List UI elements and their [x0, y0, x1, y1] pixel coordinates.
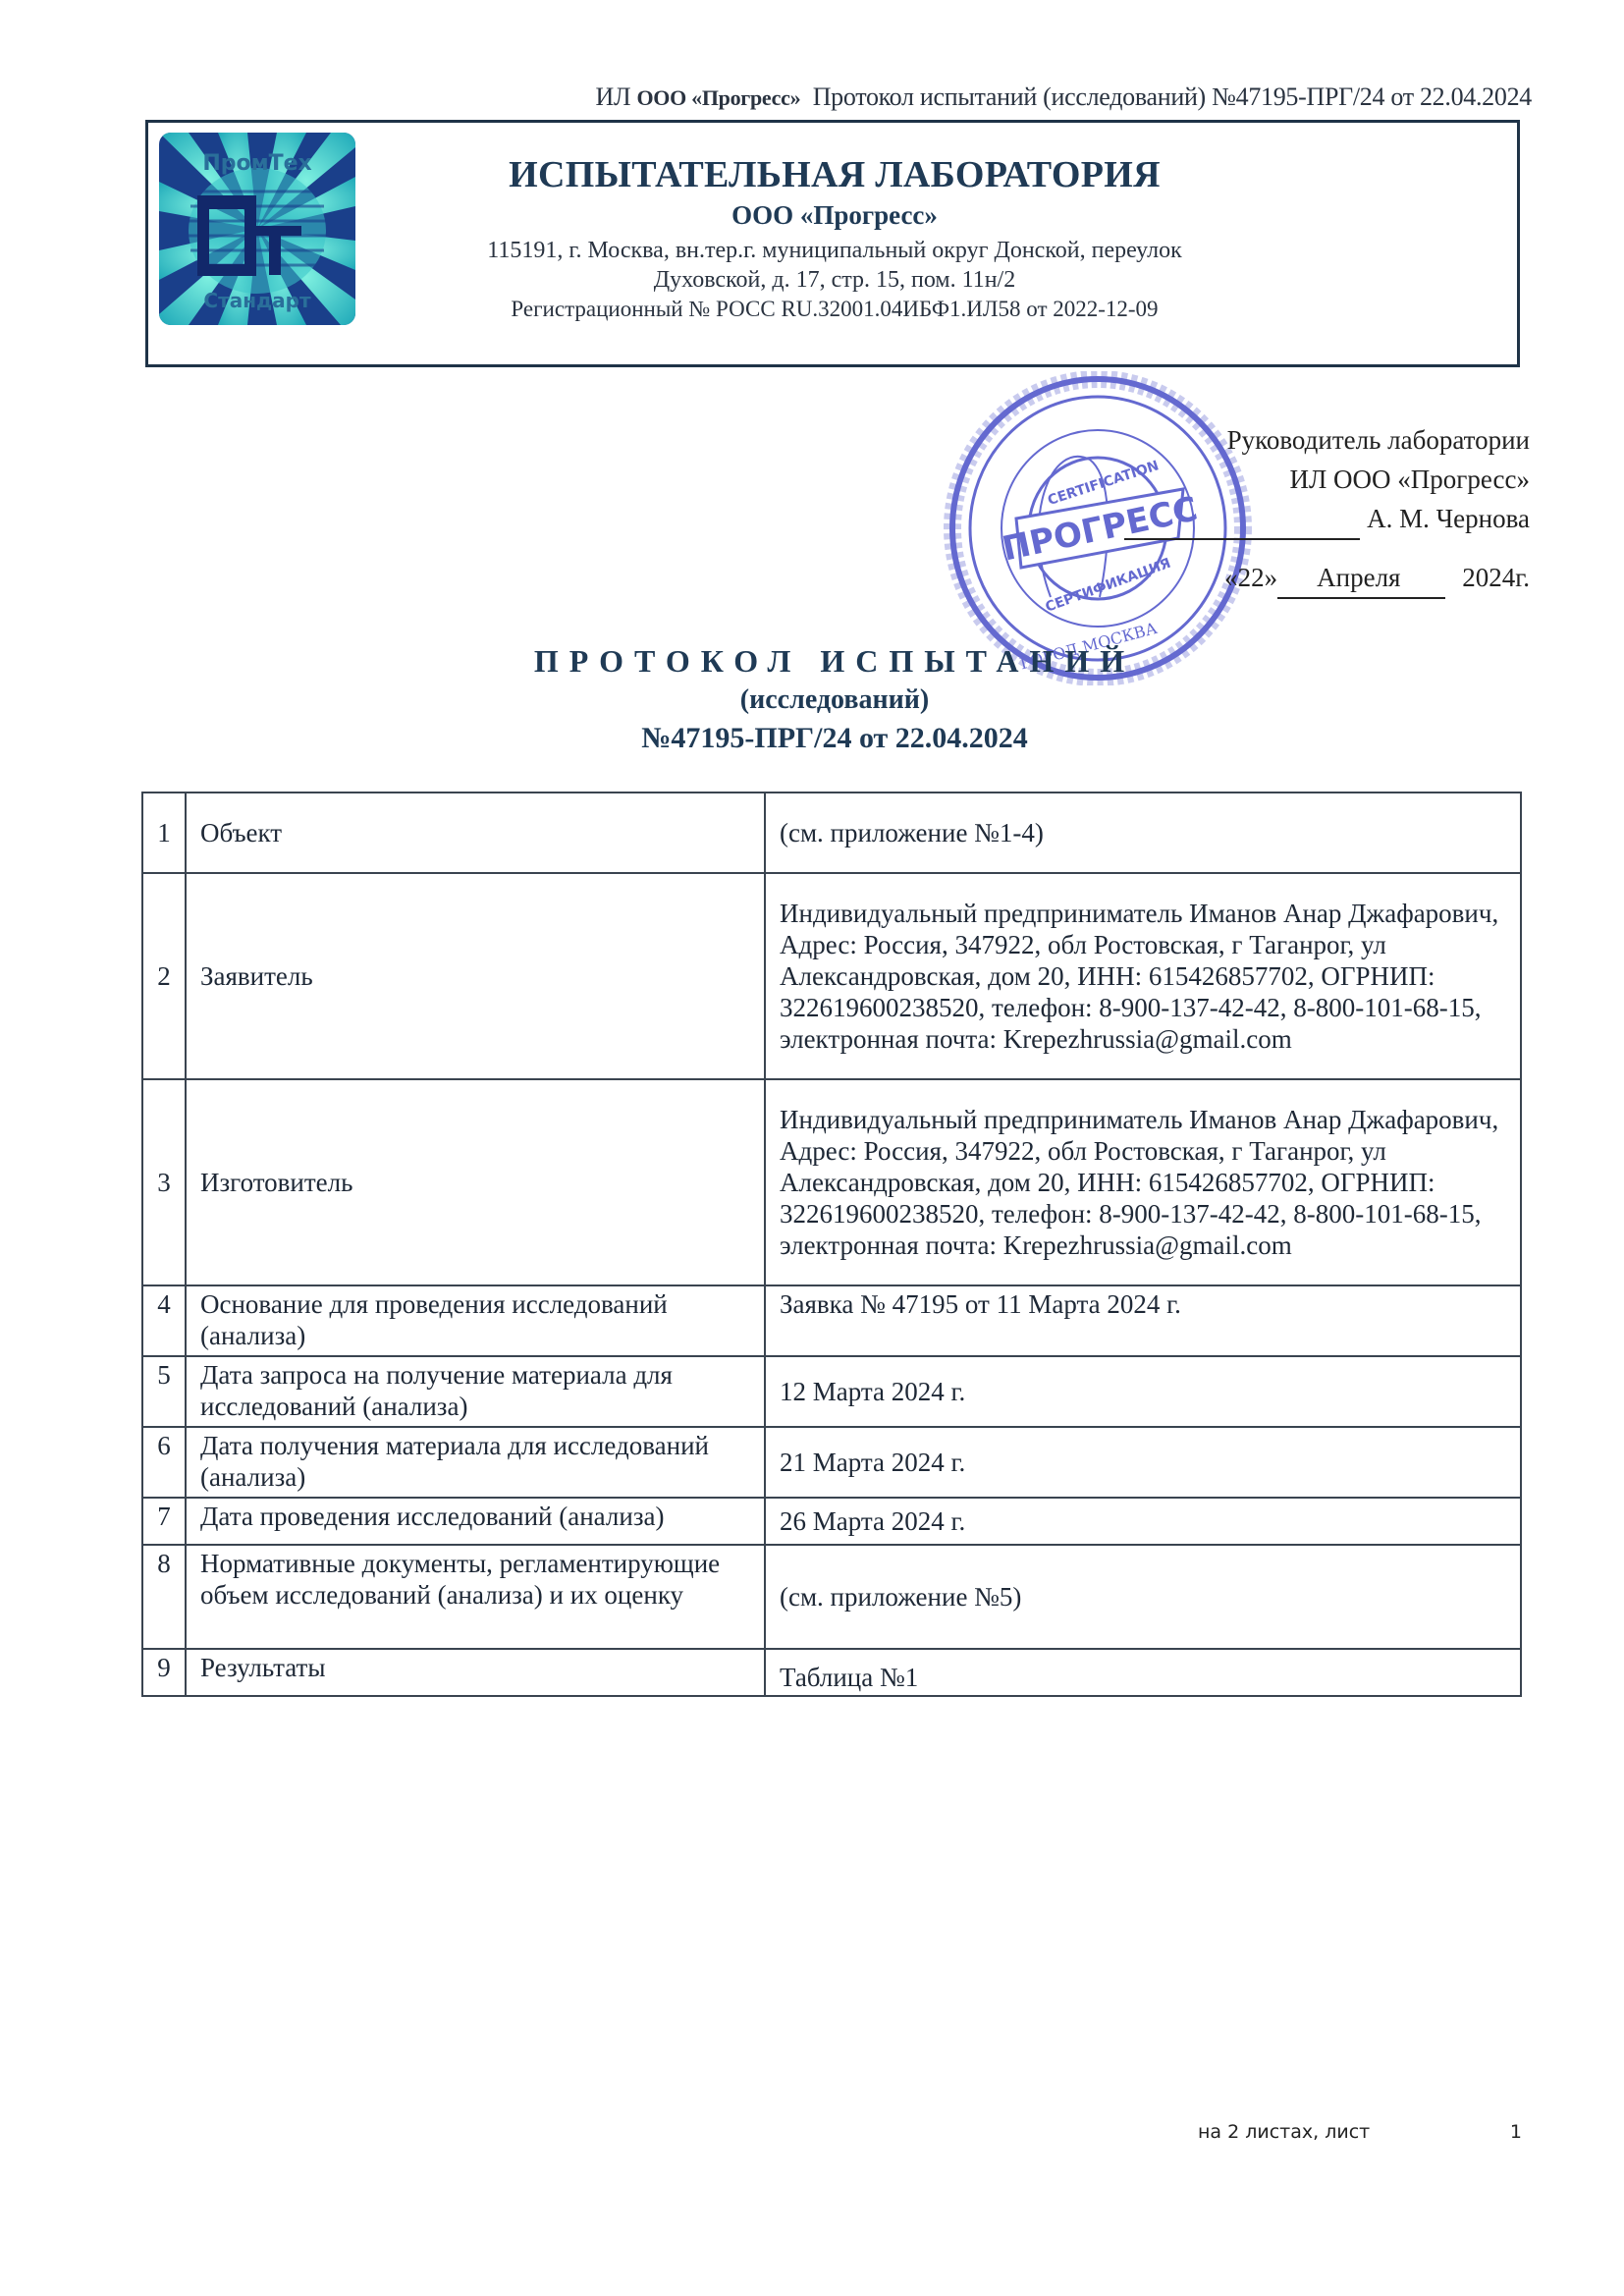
document-subtitle: (исследований) [295, 684, 1375, 716]
row-value: (см. приложение №1-4) [765, 793, 1521, 873]
row-label: Заявитель [186, 873, 765, 1079]
row-label: Дата проведения исследований (анализа) [186, 1498, 765, 1545]
row-value: Индивидуальный предприниматель Иманов Ан… [765, 1079, 1521, 1285]
approval-lab: ИЛ ООО «Прогресс» [1080, 460, 1530, 499]
row-label: Дата запроса на получение материала для … [186, 1356, 765, 1427]
row-number: 7 [142, 1498, 186, 1545]
row-label: Результаты [186, 1649, 765, 1696]
lab-registration: Регистрационный № РОСС RU.32001.04ИБФ1.И… [353, 297, 1316, 322]
svg-text:Стандарт: Стандарт [203, 289, 311, 312]
approval-block: Руководитель лаборатории ИЛ ООО «Прогрес… [1080, 420, 1530, 599]
table-row-request-date: 5 Дата запроса на получение материала дл… [142, 1356, 1521, 1427]
lab-logo-icon: ПромТех Стандарт [159, 133, 355, 325]
lab-address-line-2: Духовской, д. 17, стр. 15, пом. 11н/2 [353, 267, 1316, 294]
row-label: Объект [186, 793, 765, 873]
row-value: (см. приложение №5) [765, 1545, 1521, 1649]
row-number: 5 [142, 1356, 186, 1427]
row-number: 4 [142, 1285, 186, 1356]
running-header-org: ООО «Прогресс» [637, 85, 801, 110]
row-number: 2 [142, 873, 186, 1079]
running-header: ИЛ ООО «Прогресс» Протокол испытаний (ис… [393, 82, 1532, 112]
approval-position: Руководитель лаборатории [1080, 420, 1530, 460]
page-footer: на 2 листах, лист 1 [1198, 2121, 1522, 2143]
row-label: Изготовитель [186, 1079, 765, 1285]
table-row-applicant: 2 Заявитель Индивидуальный предпринимате… [142, 873, 1521, 1079]
approval-month: Апреля [1277, 558, 1445, 599]
row-value: 12 Марта 2024 г. [765, 1356, 1521, 1427]
table-row-test-date: 7 Дата проведения исследований (анализа)… [142, 1498, 1521, 1545]
running-header-prefix: ИЛ [595, 82, 636, 111]
row-number: 9 [142, 1649, 186, 1696]
lab-address-line-1: 115191, г. Москва, вн.тер.г. муниципальн… [353, 238, 1316, 264]
document-title: ПРОТОКОЛ ИСПЫТАНИЙ [295, 643, 1375, 680]
row-number: 1 [142, 793, 186, 873]
running-header-text: Протокол испытаний (исследований) №47195… [813, 82, 1532, 111]
table-row-object: 1 Объект (см. приложение №1-4) [142, 793, 1521, 873]
table-row-normative-docs: 8 Нормативные документы, регламентирующи… [142, 1545, 1521, 1649]
row-value: Таблица №1 [765, 1649, 1521, 1696]
document-number: №47195-ПРГ/24 от 22.04.2024 [295, 722, 1375, 755]
table-row-basis: 4 Основание для проведения исследований … [142, 1285, 1521, 1356]
approval-year: 2024г. [1462, 563, 1530, 592]
table-row-manufacturer: 3 Изготовитель Индивидуальный предприним… [142, 1079, 1521, 1285]
row-value: 26 Марта 2024 г. [765, 1498, 1521, 1545]
row-value: Заявка № 47195 от 11 Марта 2024 г. [765, 1285, 1521, 1356]
approval-signature-line: А. М. Чернова [1080, 499, 1530, 540]
sheets-count-text: на 2 листах, лист [1198, 2121, 1370, 2143]
row-number: 6 [142, 1427, 186, 1498]
row-value: 21 Марта 2024 г. [765, 1427, 1521, 1498]
row-value: Индивидуальный предприниматель Иманов Ан… [765, 873, 1521, 1079]
row-label: Дата получения материала для исследовани… [186, 1427, 765, 1498]
row-label: Нормативные документы, регламентирующие … [186, 1545, 765, 1649]
approval-name: А. М. Чернова [1367, 504, 1530, 533]
lab-org-name: ООО «Прогресс» [353, 200, 1316, 231]
table-row-receipt-date: 6 Дата получения материала для исследова… [142, 1427, 1521, 1498]
approval-day: «22» [1224, 563, 1277, 592]
lab-title: ИСПЫТАТЕЛЬНАЯ ЛАБОРАТОРИЯ [353, 153, 1316, 196]
svg-text:ПромТех: ПромТех [202, 151, 311, 176]
row-label: Основание для проведения исследований (а… [186, 1285, 765, 1356]
table-row-results: 9 Результаты Таблица №1 [142, 1649, 1521, 1696]
protocol-table: 1 Объект (см. приложение №1-4) 2 Заявите… [141, 792, 1522, 1697]
page-number: 1 [1510, 2121, 1522, 2143]
approval-date: «22»Апреля 2024г. [1080, 558, 1530, 599]
signature-line [1124, 499, 1360, 540]
row-number: 8 [142, 1545, 186, 1649]
row-number: 3 [142, 1079, 186, 1285]
